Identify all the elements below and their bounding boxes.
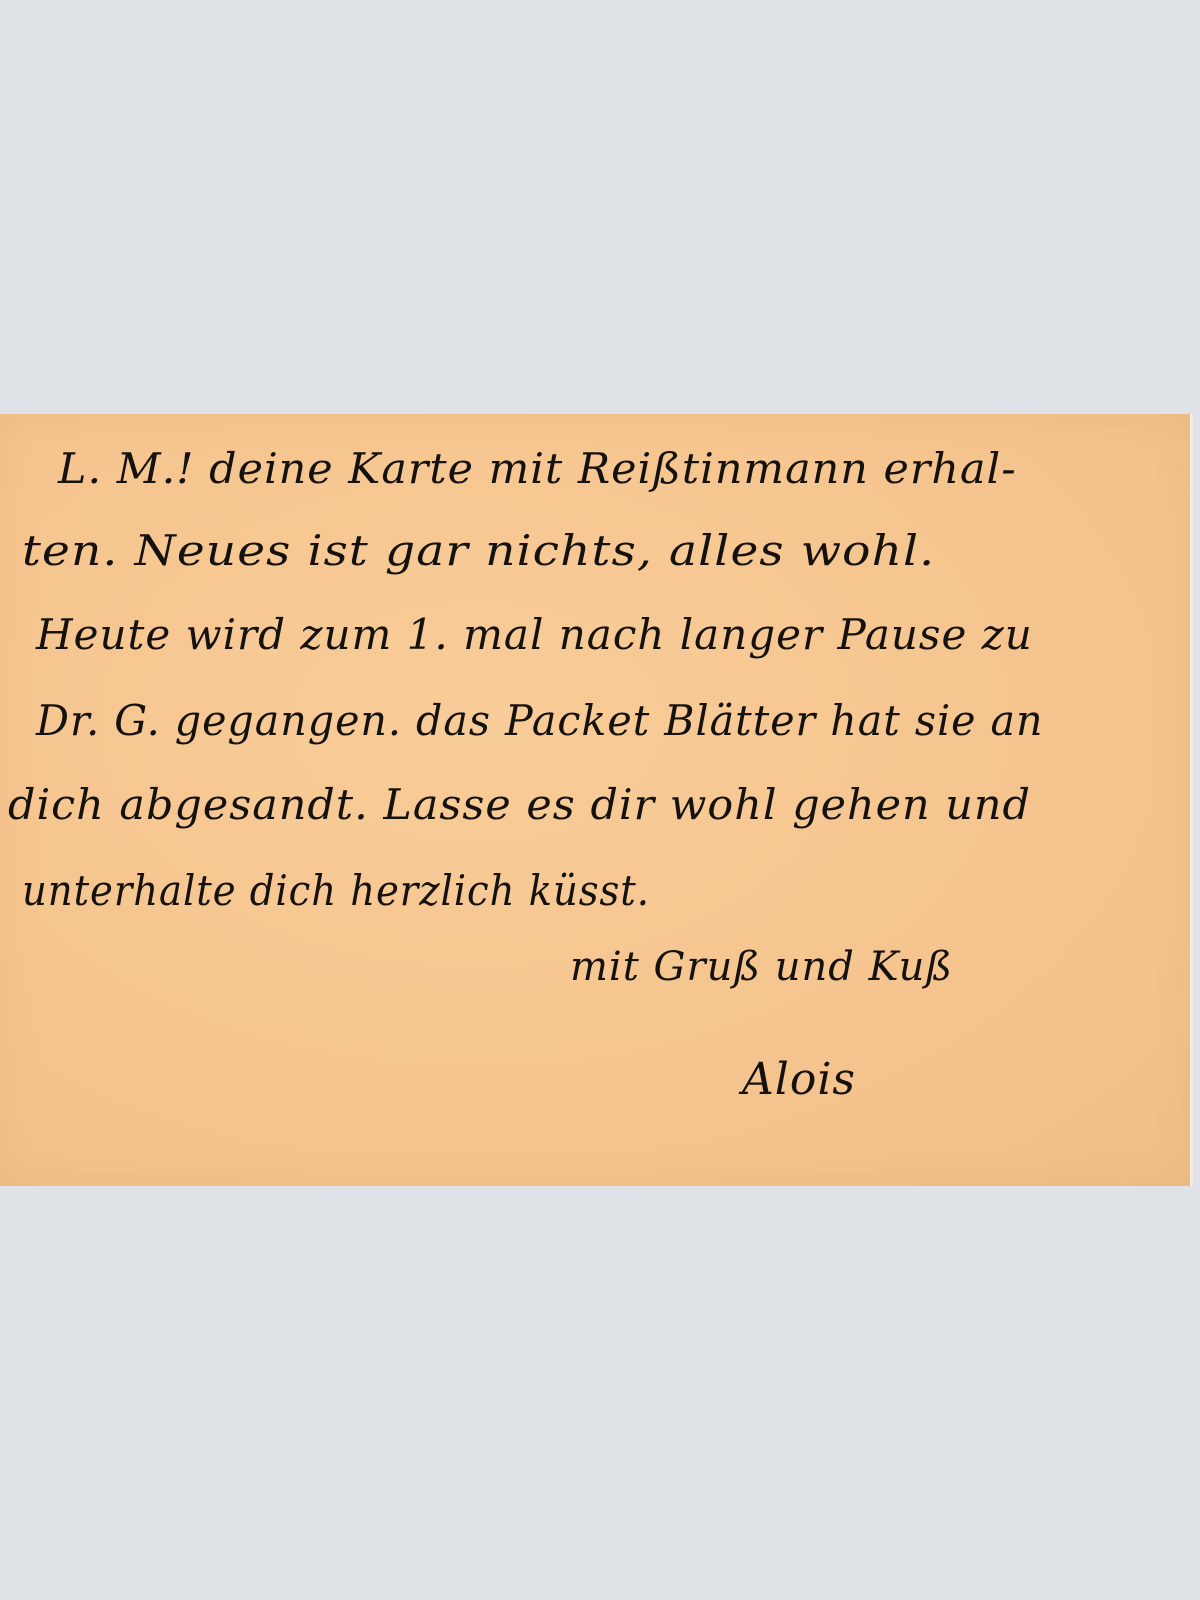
closing-line: mit Gruß und Kuß xyxy=(570,944,953,990)
letter-line-6: unterhalte dich herzlich küsst. xyxy=(22,866,650,915)
letter-line-3: Heute wird zum 1. mal nach langer Pause … xyxy=(36,610,1033,659)
postcard: L. M.! deine Karte mit Reißtinmann erhal… xyxy=(0,414,1193,1186)
page: L. M.! deine Karte mit Reißtinmann erhal… xyxy=(0,0,1200,1600)
letter-line-5: dich abgesandt. Lasse es dir wohl gehen … xyxy=(8,780,1031,829)
letter-line-4: Dr. G. gegangen. das Packet Blätter hat … xyxy=(36,696,1044,745)
signature: Alois xyxy=(742,1054,856,1105)
letter-line-2: ten. Neues ist gar nichts, alles wohl. xyxy=(22,526,935,575)
letter-line-1: L. M.! deine Karte mit Reißtinmann erhal… xyxy=(58,444,1017,493)
